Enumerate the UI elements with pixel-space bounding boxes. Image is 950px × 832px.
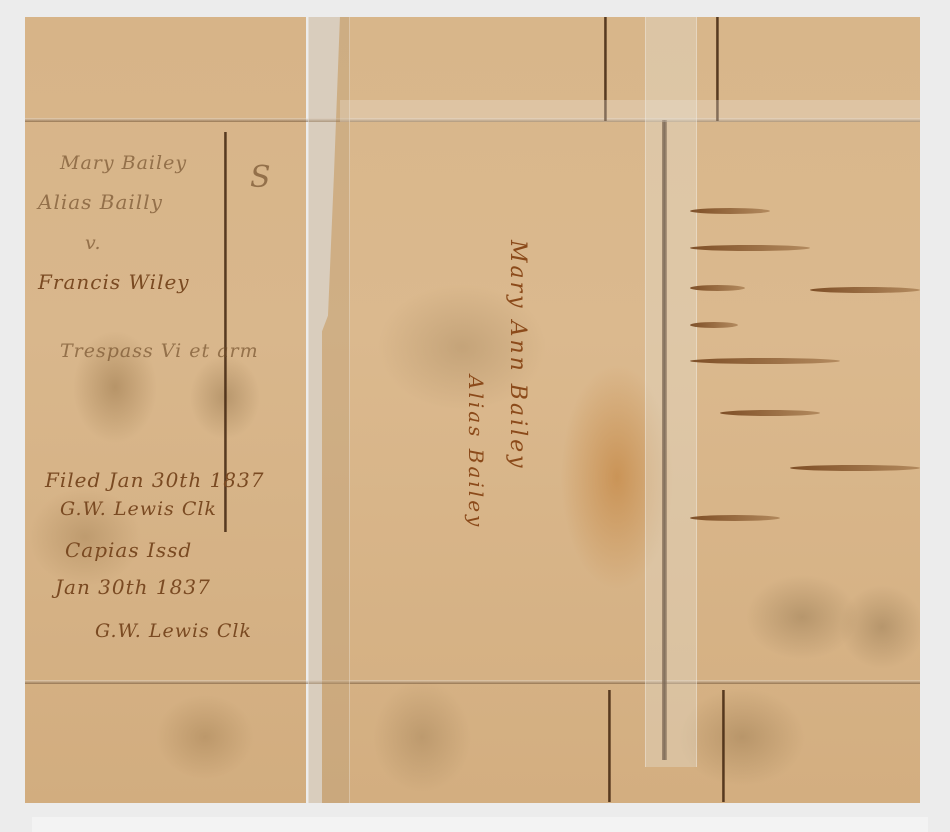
address-alias: Alias Bailey xyxy=(464,375,488,529)
ink-streak xyxy=(790,465,920,471)
ink-streak xyxy=(720,410,820,416)
docket-signature: G.W. Lewis Clk xyxy=(95,620,252,642)
document-left-panel xyxy=(25,17,306,803)
docket-versus: v. xyxy=(85,232,102,254)
ink-streak xyxy=(690,208,770,214)
ink-streak xyxy=(690,322,738,328)
footer-strip xyxy=(32,817,928,832)
horizontal-fold-bottom xyxy=(25,680,920,684)
docket-alias: Alias Bailly xyxy=(38,190,163,214)
tape-strip-horizontal xyxy=(340,100,920,122)
ink-streak xyxy=(690,245,810,251)
ink-streak xyxy=(810,287,920,293)
docket-plaintiff: Mary Bailey xyxy=(60,152,187,174)
margin-flourish: S xyxy=(250,160,272,195)
tape-strip-vertical xyxy=(308,17,350,803)
docket-issue-date: Jan 30th 1837 xyxy=(55,575,211,599)
docket-action: Trespass Vi et arm xyxy=(60,340,259,362)
docket-filed-date: Filed Jan 30th 1837 xyxy=(45,468,264,492)
ink-streak xyxy=(690,358,840,364)
ink-streak xyxy=(690,285,745,291)
docket-clerk: G.W. Lewis Clk xyxy=(60,498,217,520)
vertical-fold-bottom xyxy=(608,690,611,802)
address-name: Mary Ann Bailey xyxy=(505,240,530,471)
docket-capias: Capias Issd xyxy=(65,538,192,562)
docket-defendant: Francis Wiley xyxy=(38,270,190,294)
tape-strip-center xyxy=(645,17,697,767)
ink-streak xyxy=(690,515,780,521)
vertical-fold-bottom-2 xyxy=(722,690,725,802)
document-right-panel xyxy=(322,17,920,803)
